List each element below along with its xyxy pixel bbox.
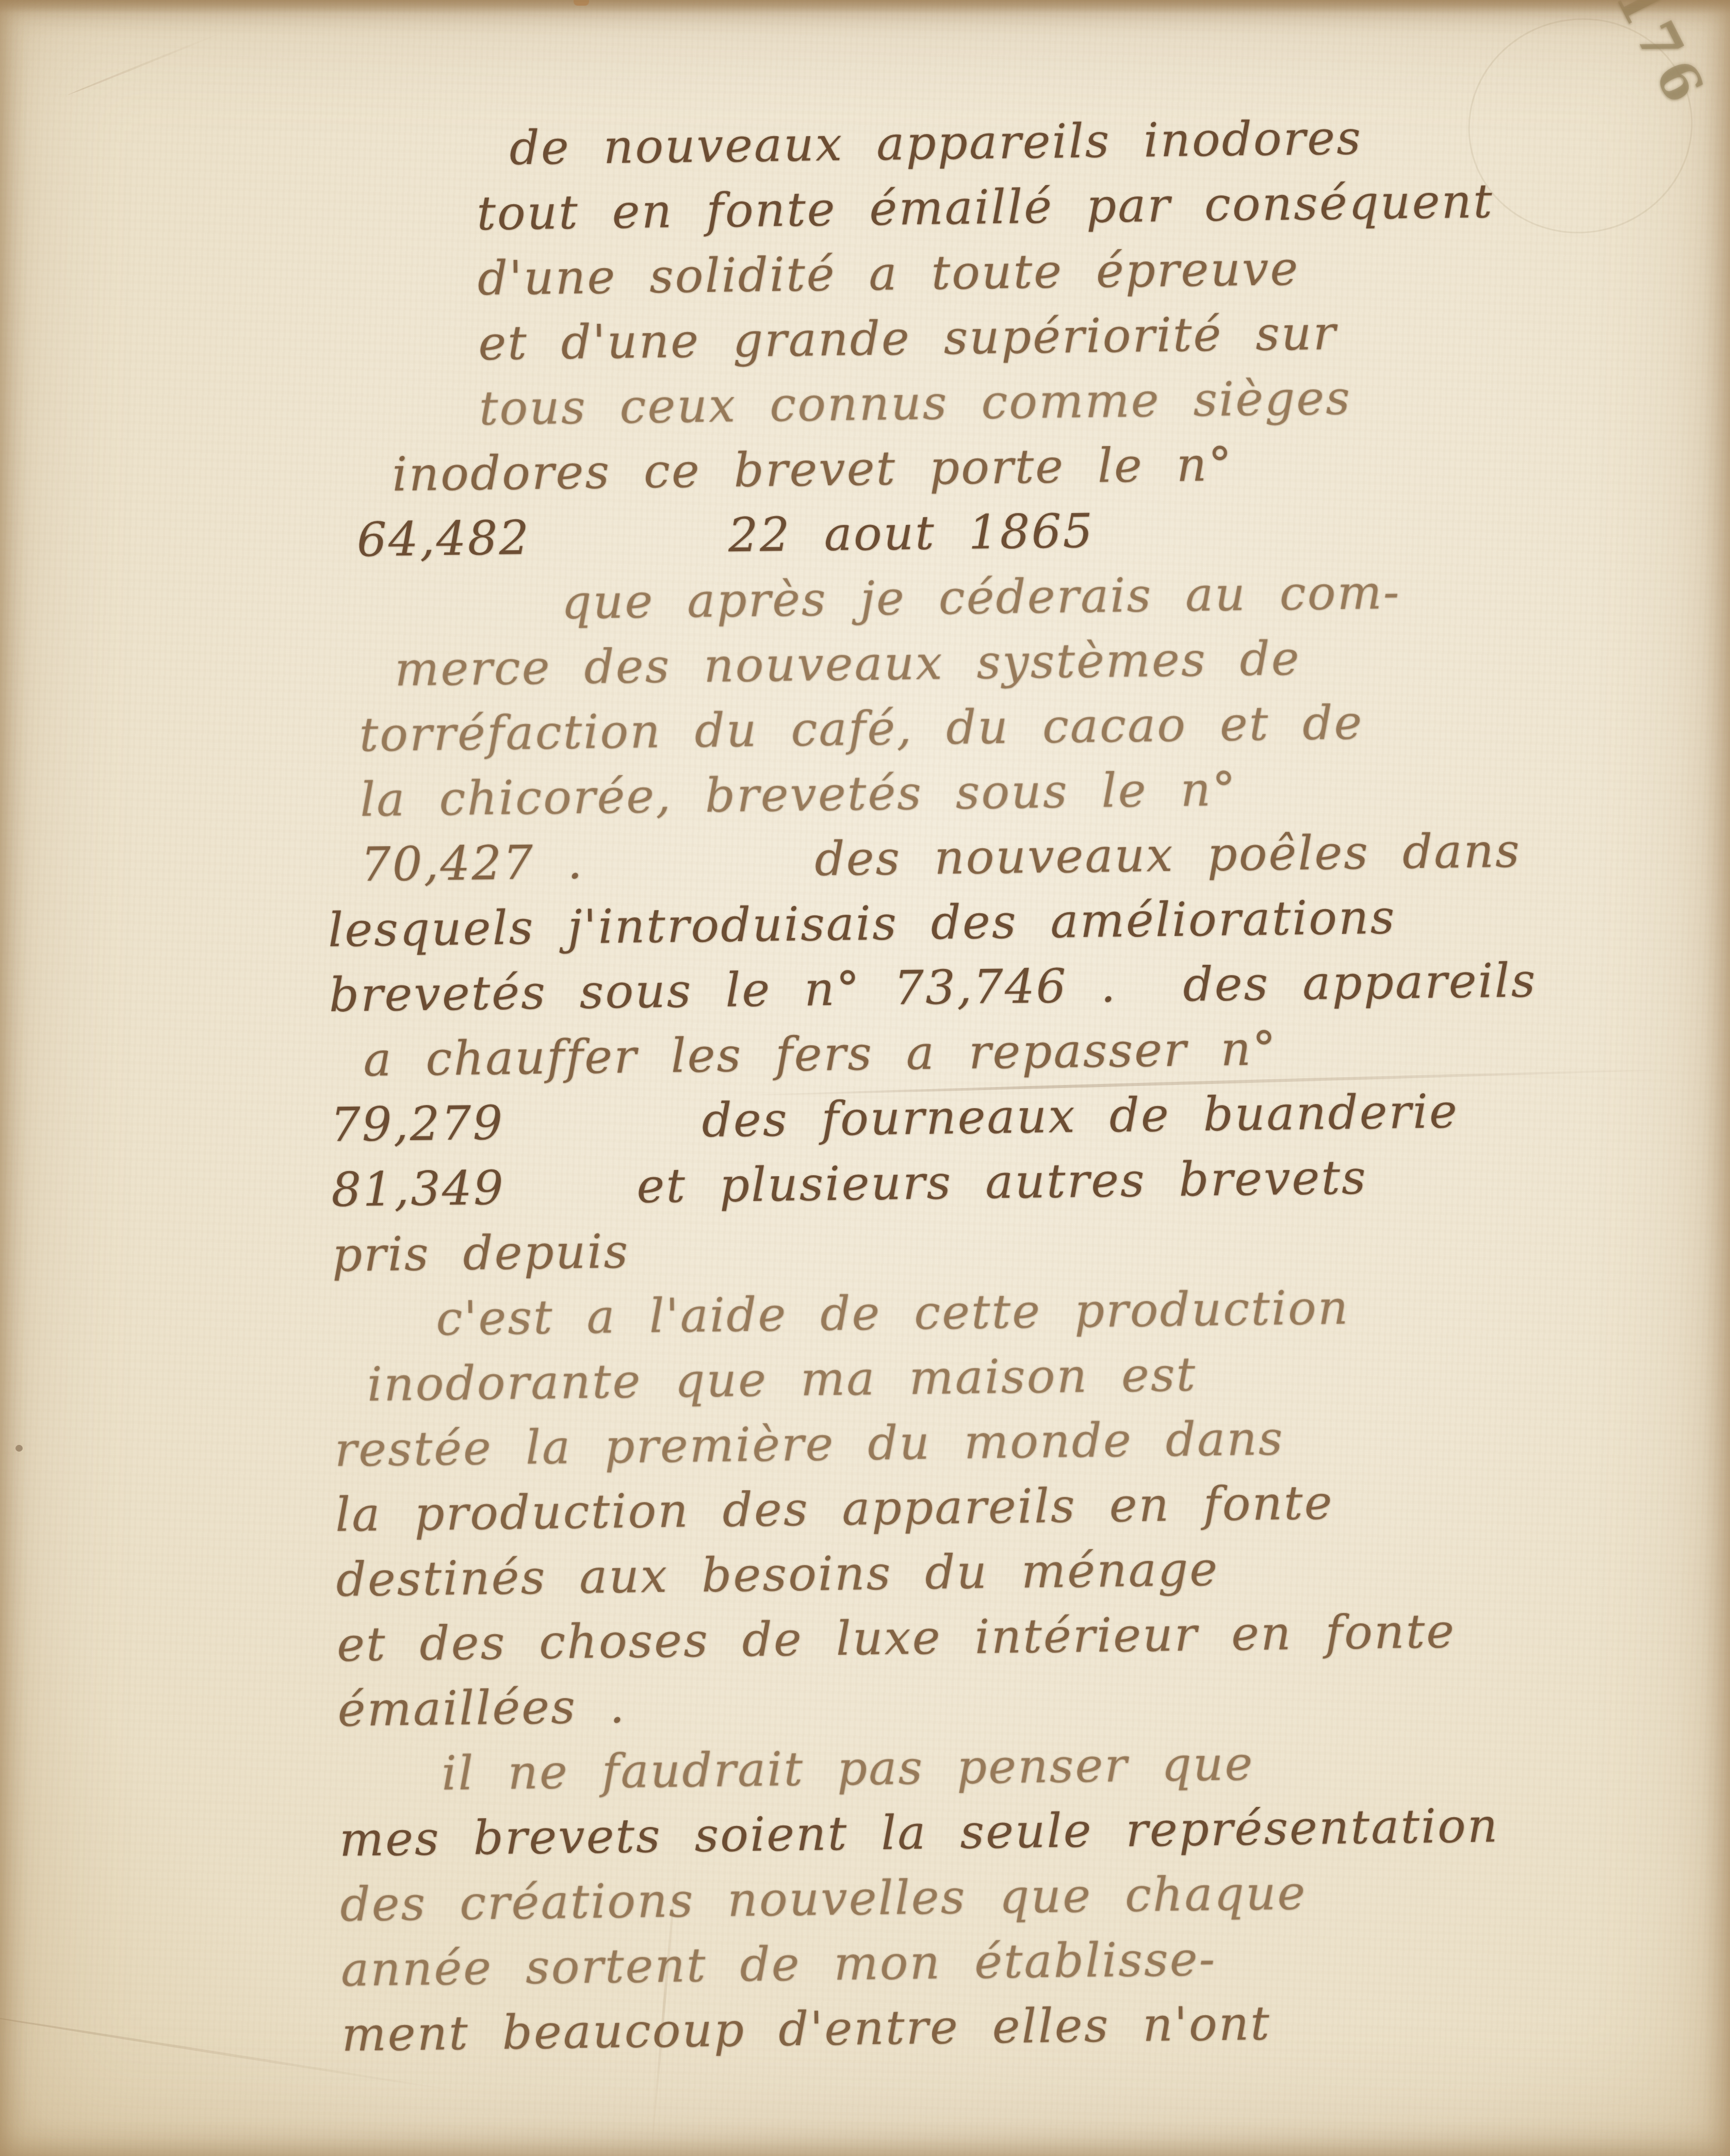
paper-crease bbox=[68, 30, 226, 95]
page-number-stamp-text: 176 bbox=[1603, 0, 1719, 118]
manuscript-text: de nouveaux appareils inodores tout en f… bbox=[0, 102, 1675, 2071]
paper-speck bbox=[574, 0, 589, 6]
manuscript-page: 176 de nouveaux appareils inodores tout … bbox=[0, 0, 1730, 2156]
scan-top-edge-shadow bbox=[0, 0, 1730, 13]
